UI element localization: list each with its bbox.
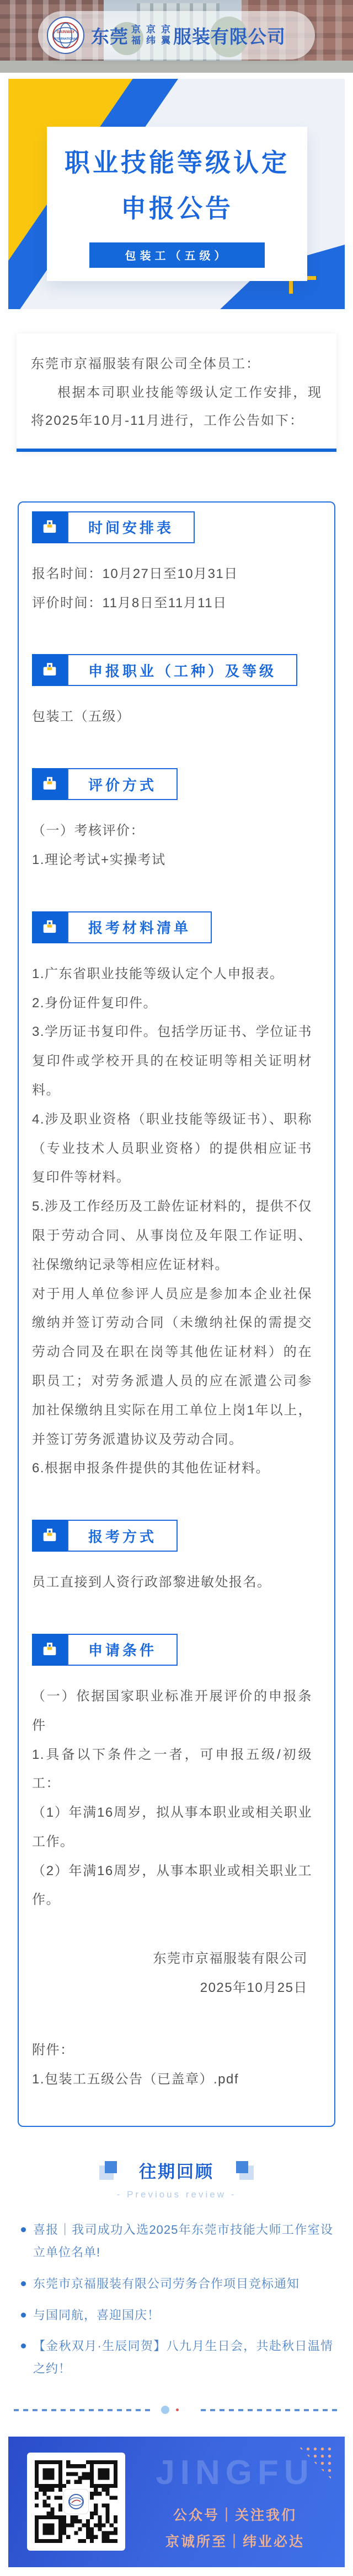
section-title: 时间安排表	[67, 511, 195, 543]
previous-article-link[interactable]: 【金秋双月·生辰同贺】八九月生日会，共赴秋日温情之约！	[20, 2335, 333, 2380]
divider-dash	[201, 2409, 339, 2411]
attachments-label: 附件：	[32, 2036, 312, 2065]
condition-item: （1）年满16周岁，拟从事本职业或相关职业工作。	[32, 1799, 312, 1857]
section-title: 评价方式	[67, 768, 178, 800]
material-item: 5.涉及工作经历及工龄佐证材料的，提供不仅限于劳动合同、从事岗位及年限工作证明、…	[32, 1192, 312, 1279]
gainway-globe-logo-icon: GAINWAY INTERNATIONAL	[47, 17, 84, 54]
material-item: 3.学历证书复印件。包括学历证书、学位证书复印件或学校开具的在校证明等相关证明材…	[32, 1018, 312, 1105]
condition-item: 1.具备以下条件之一者，可申报五级/初级工：	[32, 1741, 312, 1799]
schedule-eval-time: 评价时间：11月8日至11月11日	[32, 589, 312, 618]
section-title: 申报职业（工种）及等级	[67, 654, 297, 686]
briefcase-icon	[32, 911, 67, 943]
material-item: 2.身份证件复印件。	[32, 989, 312, 1018]
material-item: 4.涉及职业资格（职业技能等级证书）、职称（专业技术人员职业资格）的提供相应证书…	[32, 1105, 312, 1192]
footer-card: JINGFU 公众号｜关注我们 京诚所至｜纬业必达	[8, 2437, 345, 2567]
condition-item: （一）依据国家职业标准开展评价的申报条件	[32, 1682, 312, 1741]
divider-red-dot	[176, 2408, 179, 2411]
briefcase-icon	[32, 1634, 67, 1666]
section-title: 申请条件	[67, 1634, 178, 1666]
condition-item: （2）年满16周岁，从事本职业或相关职业工作。	[32, 1857, 312, 1915]
briefcase-icon	[32, 768, 67, 800]
intro-body: 根据本司职业技能等级认定工作安排，现将2025年10月-11月进行，工作公告如下…	[31, 379, 322, 435]
section-header-occupation: 申报职业（工种）及等级	[32, 654, 312, 686]
section-header-apply-method: 报考方式	[32, 1520, 312, 1552]
svg-text:INTERNATIONAL: INTERNATIONAL	[54, 37, 78, 41]
material-item: 6.根据申报条件提供的其他佐证材料。	[32, 1454, 312, 1483]
occupation-badge: 包装工（五级）	[89, 242, 265, 268]
attachments-block: 附件： 1.包装工五级公告（已盖章）.pdf	[32, 2036, 312, 2094]
section-header-materials: 报考材料清单	[32, 911, 312, 943]
schedule-signup-time: 报名时间：10月27日至10月31日	[32, 560, 312, 589]
square-decor-left	[99, 2161, 117, 2180]
qr-code	[27, 2453, 125, 2551]
intro-card: 东莞市京福服装有限公司全体员工： 根据本司职业技能等级认定工作安排，现将2025…	[17, 333, 336, 452]
apply-method-text: 员工直接到人资行政部黎进敏处报名。	[32, 1568, 312, 1597]
material-item: 1.广东省职业技能等级认定个人申报表。	[32, 960, 312, 989]
briefcase-icon	[32, 511, 67, 543]
briefcase-icon	[32, 1520, 67, 1552]
section-header-conditions: 申请条件	[32, 1634, 312, 1666]
company-name: 东莞 京 福 京 纬 京 翼 服装有限公司	[91, 23, 286, 48]
previous-article-link[interactable]: 喜报｜我司成功入选2025年东莞市技能大师工作室设立单位名单!	[20, 2219, 333, 2264]
section-title: 报考方式	[67, 1520, 178, 1552]
hero-cover: 职业技能等级认定 申报公告 包装工（五级）	[8, 79, 345, 309]
previous-review-header: 往期回顾	[0, 2158, 353, 2183]
divider-circle-dot	[161, 2406, 169, 2414]
previous-article-link[interactable]: 东莞市京福服装有限公司劳务合作项目竞标通知	[20, 2273, 333, 2296]
svg-text:GAINWAY: GAINWAY	[57, 30, 75, 34]
occupation-level: 包装工（五级）	[32, 703, 312, 732]
section-title: 报考材料清单	[67, 911, 212, 943]
company-name-stack: 京 翼	[161, 24, 170, 46]
company-photo-banner: GAINWAY INTERNATIONAL 东莞 京 福 京 纬 京 翼	[0, 0, 353, 73]
previous-review-title: 往期回顾	[139, 2158, 214, 2183]
company-name-stack: 京 福	[131, 24, 141, 46]
signature-company: 东莞市京福服装有限公司	[32, 1945, 312, 1974]
footer-slogan-line: 京诚所至｜纬业必达	[165, 2531, 304, 2551]
company-name-prefix: 东莞	[91, 23, 129, 48]
briefcase-icon	[32, 654, 67, 686]
intro-salutation: 东莞市京福服装有限公司全体员工：	[31, 350, 322, 379]
announcement-body-box: 时间安排表 报名时间：10月27日至10月31日 评价时间：11月8日至11月1…	[18, 501, 335, 2127]
company-name-stack: 京 纬	[146, 24, 156, 46]
dashed-divider	[14, 2406, 339, 2415]
footer-brand-watermark: JINGFU	[156, 2453, 314, 2492]
company-name-plate: GAINWAY INTERNATIONAL 东莞 京 福 京 纬 京 翼	[38, 11, 315, 60]
signature-date: 2025年10月25日	[32, 1974, 312, 2003]
article-page: GAINWAY INTERNATIONAL 东莞 京 福 京 纬 京 翼	[0, 0, 353, 2576]
divider-dash	[14, 2409, 152, 2411]
hero-title-card: 职业技能等级认定 申报公告 包装工（五级）	[47, 127, 307, 281]
evaluation-item: （一）考核评价：	[32, 817, 312, 846]
qr-center-logo-icon	[63, 2489, 89, 2514]
previous-article-link[interactable]: 与国同航，喜迎国庆！	[20, 2304, 333, 2327]
footer-text-block: JINGFU 公众号｜关注我们 京诚所至｜纬业必达	[125, 2453, 345, 2551]
material-item-note: 对于用人单位参评人员应是参加本企业社保缴纳并签订劳动合同（未缴纳社保的需提交劳动…	[32, 1280, 312, 1455]
evaluation-item: 1.理论考试+实操考试	[32, 846, 312, 875]
page-title: 职业技能等级认定 申报公告	[65, 140, 290, 231]
banner-ground	[0, 61, 353, 73]
section-header-evaluation: 评价方式	[32, 768, 312, 800]
signature-block: 东莞市京福服装有限公司 2025年10月25日	[32, 1945, 312, 2003]
square-decor-right	[236, 2161, 254, 2180]
section-header-schedule: 时间安排表	[32, 511, 312, 543]
footer-follow-line: 公众号｜关注我们	[173, 2504, 297, 2524]
previous-review-list: 喜报｜我司成功入选2025年东莞市技能大师工作室设立单位名单! 东莞市京福服装有…	[20, 2219, 333, 2380]
attachment-file-link[interactable]: 1.包装工五级公告（已盖章）.pdf	[32, 2065, 312, 2094]
company-name-suffix: 服装有限公司	[173, 23, 286, 48]
previous-review-section: 往期回顾 - Previous review - 喜报｜我司成功入选2025年东…	[0, 2158, 353, 2380]
previous-review-subtitle: - Previous review -	[0, 2189, 353, 2200]
